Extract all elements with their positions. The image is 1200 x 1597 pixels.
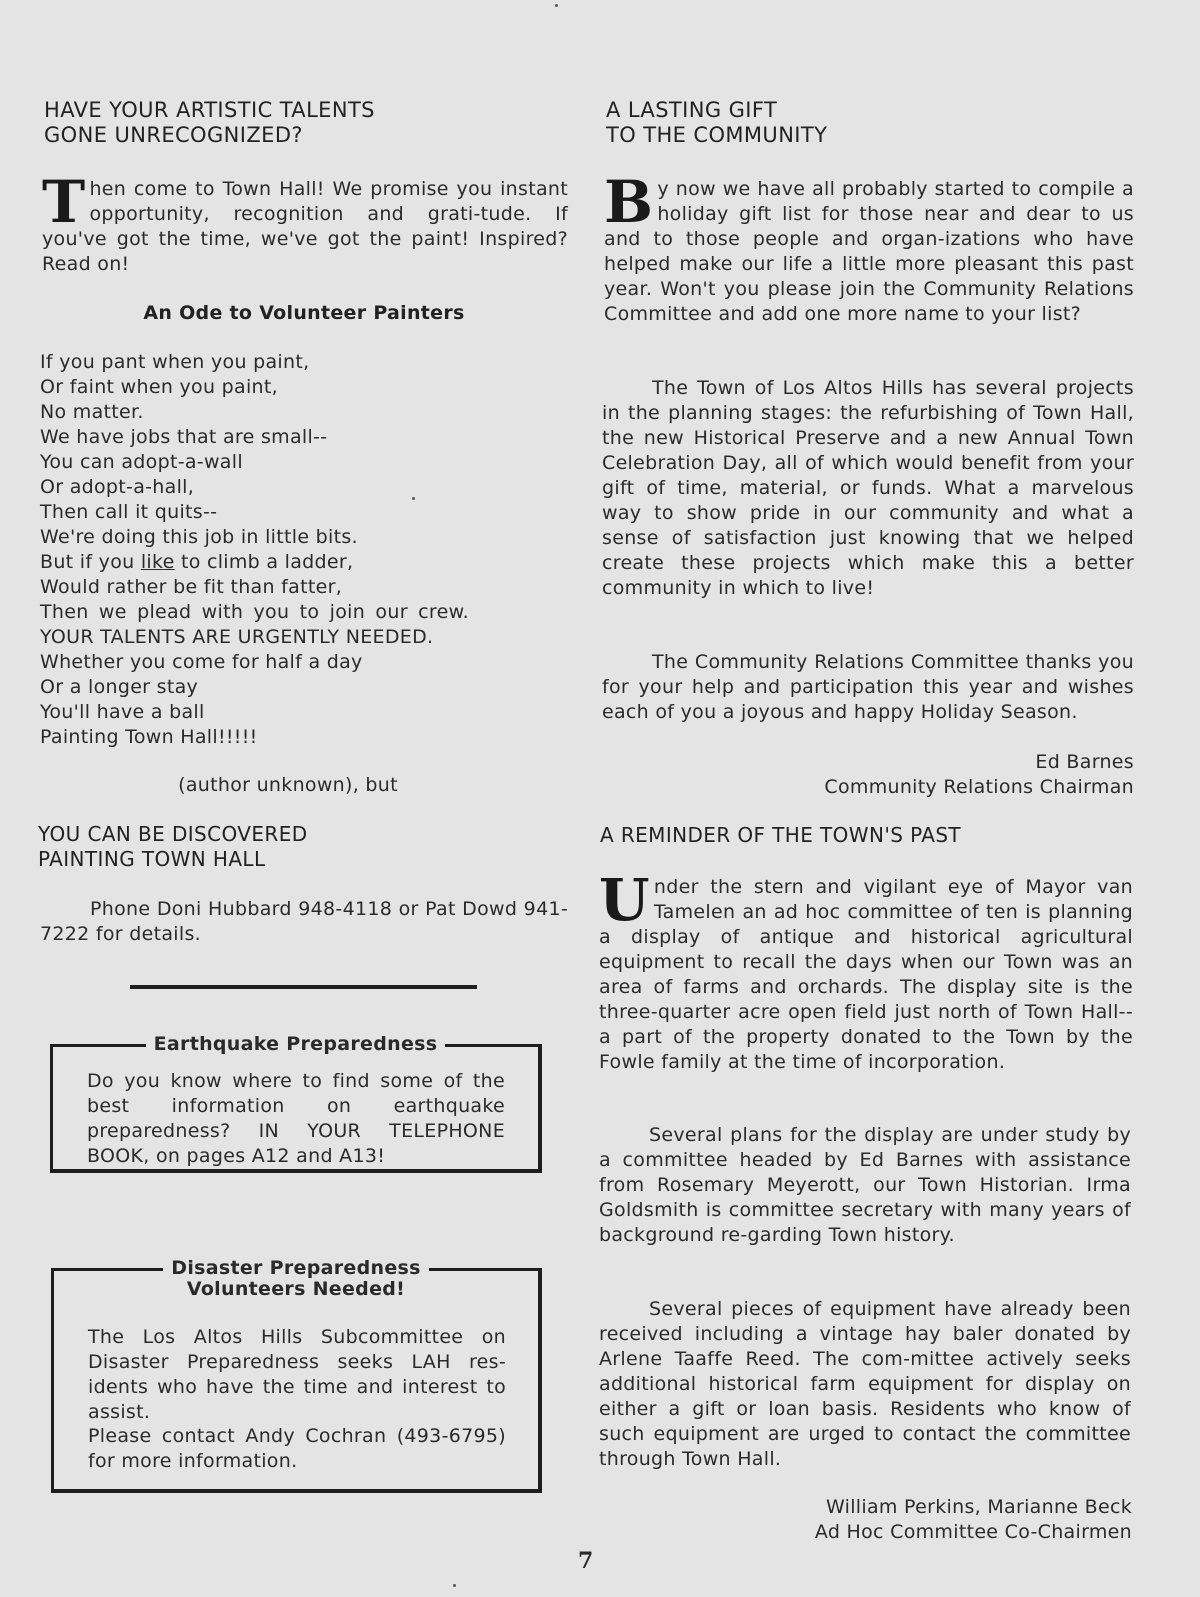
lasting-gift-heading: A LASTING GIFT TO THE COMMUNITY: [606, 98, 1126, 148]
poem-text: to climb a ladder,: [175, 551, 354, 573]
poem-line: Whether you come for half a day: [40, 650, 570, 675]
reminder-paragraph-1: Under the stern and vigilant eye of Mayo…: [599, 875, 1133, 1075]
poem-line: We're doing this job in little bits.: [40, 525, 570, 550]
poem-line: If you pant when you paint,: [40, 350, 570, 375]
poem-line: You can adopt-a-wall: [40, 450, 570, 475]
reminder-heading: A REMINDER OF THE TOWN'S PAST: [600, 823, 1130, 848]
gift-paragraph-2: The Town of Los Altos Hills has several …: [602, 376, 1134, 601]
disaster-preparedness-box: Disaster Preparedness Volunteers Needed!…: [51, 1268, 542, 1493]
section-divider-rule: [130, 985, 477, 989]
poem-text: But if you: [40, 551, 141, 573]
disaster-box-body: The Los Altos Hills Subcommittee on Disa…: [88, 1325, 506, 1425]
poem-line: Painting Town Hall!!!!!: [40, 725, 570, 750]
poem-line: You'll have a ball: [40, 700, 570, 725]
paragraph-text: y now we have all probably started to co…: [604, 178, 1134, 325]
ode-title: An Ode to Volunteer Painters: [38, 301, 570, 326]
page-number: 7: [578, 1548, 593, 1574]
heading-line: GONE UNRECOGNIZED?: [44, 123, 564, 148]
reminder-signature-title: Ad Hoc Committee Co-Chairmen: [610, 1520, 1132, 1545]
poem-underlined-word: like: [141, 551, 175, 573]
artistic-intro-paragraph: Then come to Town Hall! We promise you i…: [42, 177, 568, 277]
poem: If you pant when you paint, Or faint whe…: [40, 350, 570, 750]
artistic-talents-heading: HAVE YOUR ARTISTIC TALENTS GONE UNRECOGN…: [44, 98, 564, 148]
poem-line: YOUR TALENTS ARE URGENTLY NEEDED.: [40, 625, 570, 650]
drop-cap: T: [42, 179, 85, 225]
box-title-text: Earthquake Preparedness: [146, 1033, 446, 1055]
poem-line: Or adopt-a-hall,: [40, 475, 570, 500]
drop-cap: B: [604, 179, 653, 225]
gift-signature-name: Ed Barnes: [610, 750, 1134, 775]
poem-line: We have jobs that are small--: [40, 425, 570, 450]
heading-line: PAINTING TOWN HALL: [38, 847, 558, 872]
box-title-text: Disaster Preparedness: [163, 1257, 428, 1279]
reminder-paragraph-2: Several plans for the display are under …: [599, 1123, 1131, 1248]
intro-text: hen come to Town Hall! We promise you in…: [42, 178, 568, 275]
poem-line: Or faint when you paint,: [40, 375, 570, 400]
poem-line: Then we plead with you to join our crew.: [40, 600, 570, 625]
poem-line: But if you like to climb a ladder,: [40, 550, 570, 575]
heading-line: A LASTING GIFT: [606, 98, 1126, 123]
poem-line: Then call it quits--: [40, 500, 570, 525]
heading-line: TO THE COMMUNITY: [606, 123, 1126, 148]
earthquake-box-body: Do you know where to find some of the be…: [87, 1069, 505, 1169]
reminder-signature-names: William Perkins, Marianne Beck: [610, 1495, 1132, 1520]
box-subtitle: Volunteers Needed!: [54, 1277, 538, 1302]
reminder-paragraph-3: Several pieces of equipment have already…: [599, 1297, 1131, 1472]
gift-paragraph-1: By now we have all probably started to c…: [604, 177, 1134, 327]
gift-paragraph-3: The Community Relations Committee thanks…: [602, 650, 1134, 725]
heading-line: YOU CAN BE DISCOVERED: [38, 822, 558, 847]
scan-speck: [555, 4, 558, 7]
scan-speck: [412, 497, 415, 500]
poem-attribution: (author unknown), but: [88, 773, 488, 798]
paragraph-text: nder the stern and vigilant eye of Mayor…: [599, 876, 1133, 1073]
poem-line: Would rather be fit than fatter,: [40, 575, 570, 600]
poem-line: Or a longer stay: [40, 675, 570, 700]
drop-cap: U: [599, 877, 650, 923]
scan-speck: [453, 1584, 456, 1587]
box-title: Earthquake Preparedness: [53, 1032, 538, 1057]
discovered-heading: YOU CAN BE DISCOVERED PAINTING TOWN HALL: [38, 822, 558, 872]
gift-signature-title: Community Relations Chairman: [610, 775, 1134, 800]
disaster-box-contact: Please contact Andy Cochran (493-6795) f…: [88, 1424, 506, 1474]
earthquake-preparedness-box: Earthquake Preparedness Do you know wher…: [50, 1044, 542, 1173]
poem-line: No matter.: [40, 400, 570, 425]
heading-line: HAVE YOUR ARTISTIC TALENTS: [44, 98, 564, 123]
phone-contact-paragraph: Phone Doni Hubbard 948-4118 or Pat Dowd …: [40, 897, 568, 947]
